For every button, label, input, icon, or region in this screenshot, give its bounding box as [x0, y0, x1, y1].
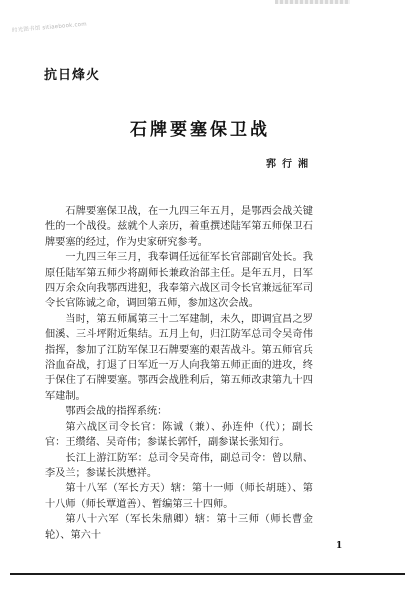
paragraph: 第八十六军（军长朱鼎卿）辖：第十三师（师长曹金轮）、第六十 — [45, 512, 313, 543]
article-title: 石牌要塞保卫战 — [130, 115, 270, 140]
paragraph: 鄂西会战的指挥系统： — [45, 404, 313, 419]
paragraph: 第六战区司令长官：陈诚（兼）、孙连仲（代）；副长官：王缵绪、吴奇伟；参谋长郭忏，… — [45, 420, 313, 451]
paragraph: 当时，第五师属第三十二军建制，未久，即调宜昌之罗佃溪、三斗坪附近集结。五月上旬，… — [45, 312, 313, 404]
running-header-faint — [275, 0, 350, 4]
paragraph: 一九四三年三月，我奉调任远征军长官部副官处长。我原任陆军第五师少将副师长兼政治部… — [45, 250, 313, 312]
paragraph: 第十八军（军长方天）辖：第十一师（师长胡琏）、第十八师（师长覃道善）、暂编第三十… — [45, 481, 313, 512]
bottom-rule — [10, 573, 405, 575]
watermark: 时光图书馆 sitiaebook.com — [12, 19, 87, 34]
article-body: 石牌要塞保卫战，在一九四三年五月，是鄂西会战关键性的一个战役。兹就个人亲历，着重… — [45, 204, 313, 543]
paragraph: 石牌要塞保卫战，在一九四三年五月，是鄂西会战关键性的一个战役。兹就个人亲历，着重… — [45, 204, 313, 250]
document-page: 时光图书馆 sitiaebook.com 抗日烽火 石牌要塞保卫战 郛行湘 石牌… — [0, 0, 416, 600]
section-label: 抗日烽火 — [44, 64, 100, 83]
page-number: 1 — [336, 541, 342, 551]
author-name: 郛行湘 — [266, 155, 314, 170]
paragraph: 长江上游江防军：总司令吴奇伟，副总司令：曾以鼎、李及兰；参谋长洪懋祥。 — [45, 451, 313, 482]
